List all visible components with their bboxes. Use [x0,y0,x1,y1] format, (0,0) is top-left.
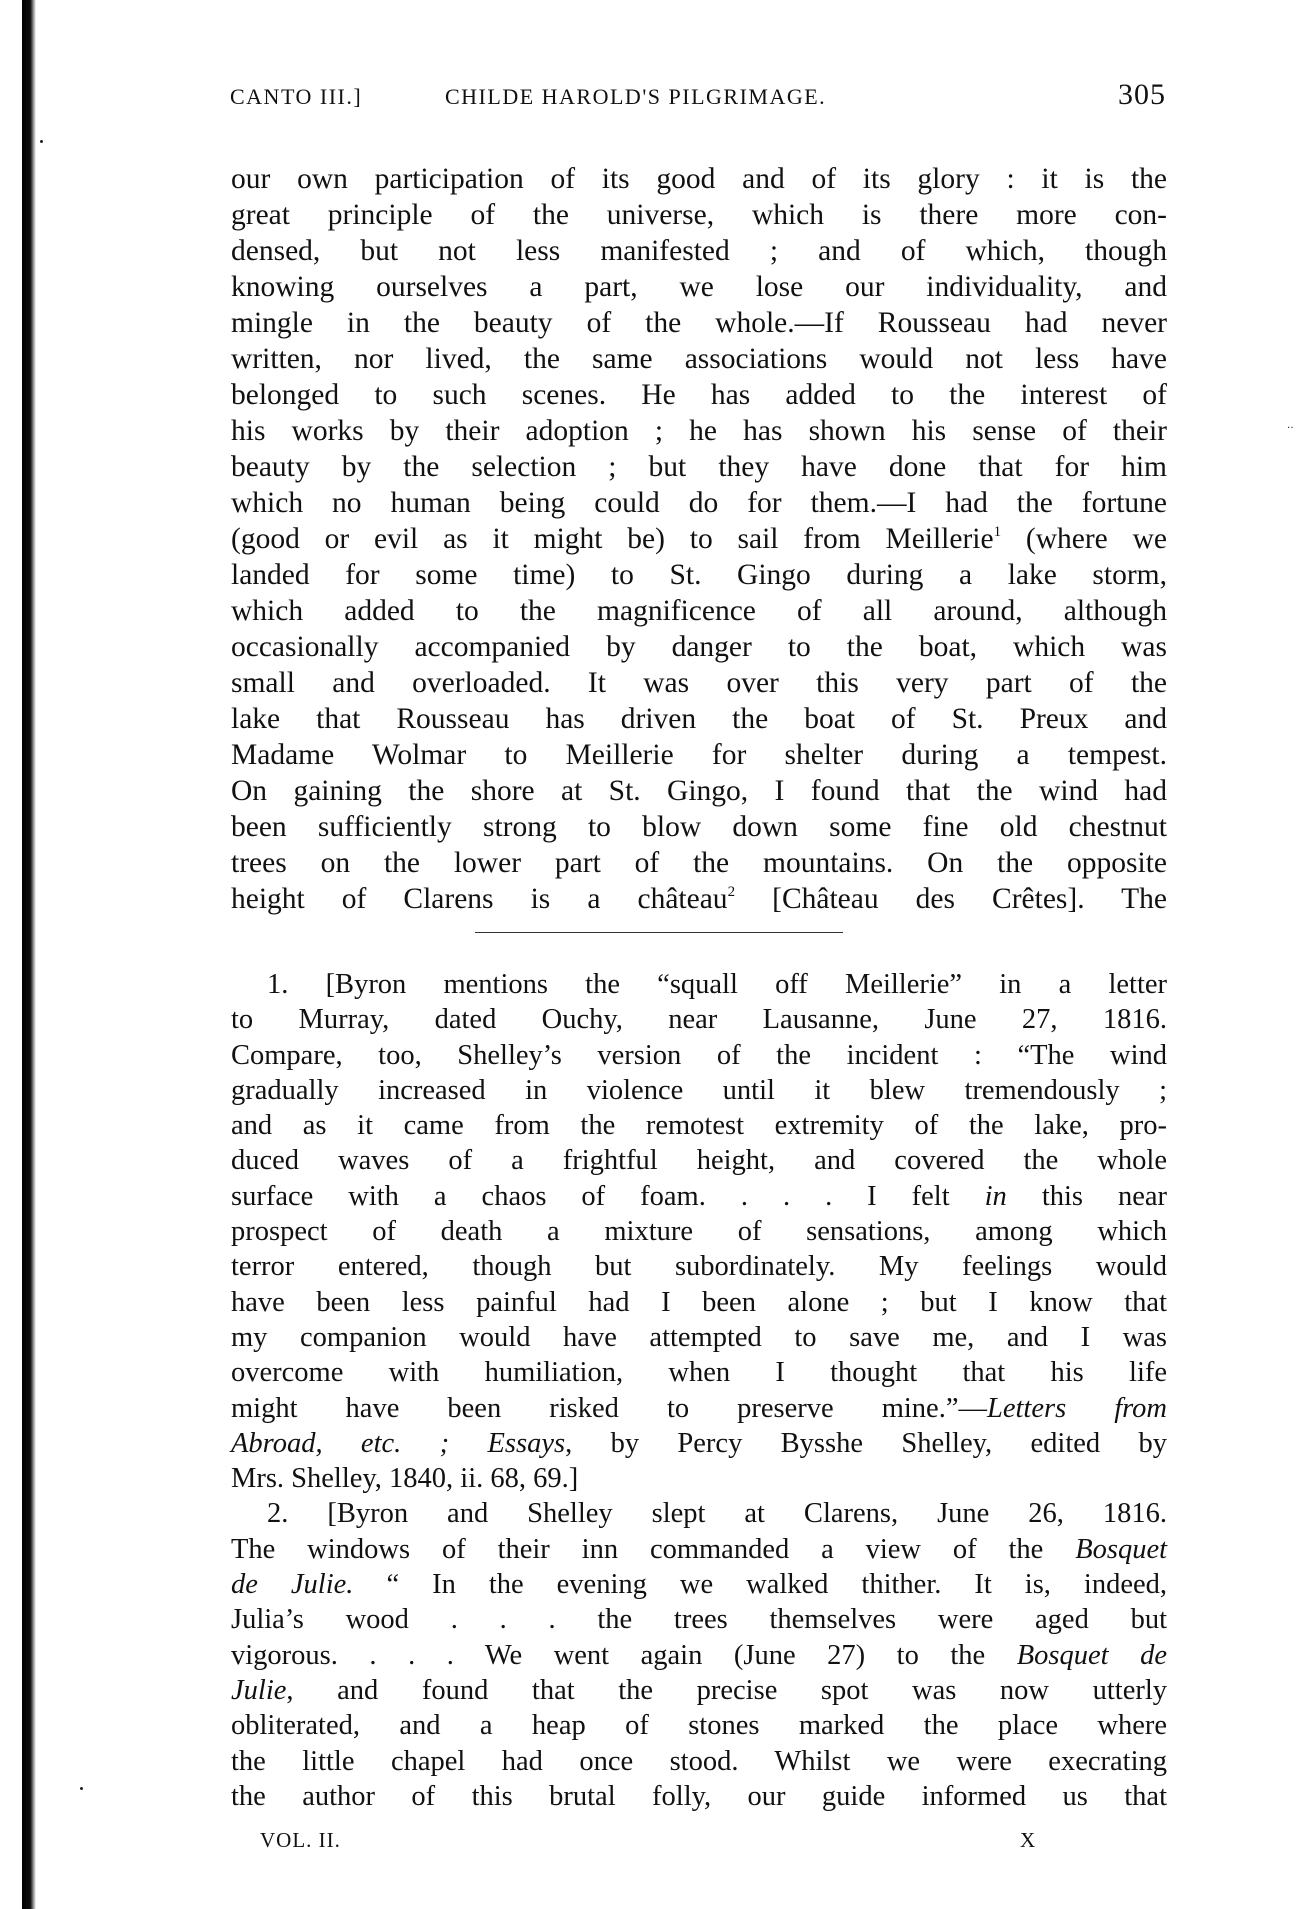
footnote-text: this near [1042,1181,1167,1212]
margin-mark: ‥ [1287,420,1294,431]
footnote-1-line: to Murray, dated Ouchy, near Lausanne, J… [231,1002,1167,1037]
footnote-italic-title: de Julie. [231,1569,353,1600]
footnote-text: surface with a chaos of foam. . . . I fe… [231,1181,950,1212]
footnote-1-line: duced waves of a frightful height, and c… [231,1143,1167,1178]
page-number: 305 [1118,78,1166,112]
volume-label: VOL. II. [260,1828,341,1853]
footnote-1-line: 1. [Byron mentions the “squall off Meill… [231,967,1167,1002]
body-line: great principle of the universe, which i… [231,197,1167,233]
footnote-1-line: overcome with humiliation, when I though… [231,1355,1167,1390]
footnote-number: 2. [267,1498,288,1529]
footnotes: 1. [Byron mentions the “squall off Meill… [231,967,1167,1814]
footnote-2-line: The windows of their inn commanded a vie… [231,1532,1167,1567]
book-binding-edge [22,0,36,1909]
footnote-italic: in [985,1181,1007,1212]
body-line: which added to the magnificence of all a… [231,593,1167,629]
body-text: our own participation of its good and of… [231,161,1167,917]
body-line: our own participation of its good and of… [231,161,1167,197]
footnote-text: “ In the evening we walked thither. It i… [386,1569,1167,1600]
body-line-text: (where we [1026,523,1167,555]
footnote-1-line: gradually increased in violence until it… [231,1073,1167,1108]
footnote-1-line: prospect of death a mixture of sensation… [231,1214,1167,1249]
footnote-number: 1. [267,969,288,1000]
footnote-1-line: Abroad, etc. ; Essays, by Percy Bysshe S… [231,1426,1167,1461]
footnote-italic-title: Bosquet de [1017,1640,1167,1671]
footnote-italic-title: Letters from [987,1393,1167,1424]
body-line: occasionally accompanied by danger to th… [231,629,1167,665]
body-line: densed, but not less manifested ; and of… [231,233,1167,269]
footnote-separator [475,932,843,933]
canto-label: CANTO III.] [230,84,362,110]
footnote-1-line: Compare, too, Shelley’s version of the i… [231,1038,1167,1073]
footnote-2-line: the little chapel had once stood. Whilst… [231,1744,1167,1779]
body-line: belonged to such scenes. He has added to… [231,377,1167,413]
body-line: been sufficiently strong to blow down so… [231,809,1167,845]
footnote-2-line: de Julie. “ In the evening we walked thi… [231,1567,1167,1602]
footnote-1-line: have been less painful had I been alone … [231,1285,1167,1320]
footnote-text: , and found that the precise spot was no… [286,1675,1167,1706]
body-line: small and overloaded. It was over this v… [231,665,1167,701]
footnote-1-line: might have been risked to preserve mine.… [231,1391,1167,1426]
scan-speck [80,1787,83,1790]
footnote-2-line: vigorous. . . . We went again (June 27) … [231,1638,1167,1673]
book-title: CHILDE HAROLD'S PILGRIMAGE. [445,84,826,110]
footnote-italic-title: Bosquet [1075,1534,1167,1565]
footnote-text: [Byron and Shelley slept at Clarens, Jun… [327,1498,1167,1529]
footnote-2-line: the author of this brutal folly, our gui… [231,1779,1167,1814]
body-line-text: (good or evil as it might be) to sail fr… [231,523,994,555]
signature-mark: X [1020,1828,1036,1853]
footnote-1-line: my companion would have attempted to sav… [231,1320,1167,1355]
footnote-1-line: terror entered, though but subordinately… [231,1249,1167,1284]
body-line-text: [Château des Crêtes]. The [772,883,1167,915]
body-line: which no human being could do for them.—… [231,485,1167,521]
footnote-2-line: 2. [Byron and Shelley slept at Clarens, … [231,1496,1167,1531]
body-line: his works by their adoption ; he has sho… [231,413,1167,449]
footnote-text: might have been risked to preserve mine.… [231,1393,987,1424]
footnote-1-line: Mrs. Shelley, 1840, ii. 68, 69.] [231,1461,1167,1496]
footnote-2-line: obliterated, and a heap of stones marked… [231,1708,1167,1743]
body-line: landed for some time) to St. Gingo durin… [231,557,1167,593]
footnote-italic-title: Julie [231,1675,286,1706]
body-line-text: height of Clarens is a château [231,883,728,915]
footnote-text: , by Percy Bysshe Shelley, edited by [565,1428,1167,1459]
footnote-2-line: Julie, and found that the precise spot w… [231,1673,1167,1708]
body-line: trees on the lower part of the mountains… [231,845,1167,881]
body-line: lake that Rousseau has driven the boat o… [231,701,1167,737]
running-head: CANTO III.] CHILDE HAROLD'S PILGRIMAGE. … [230,84,1170,116]
footnote-text: The windows of their inn commanded a vie… [231,1534,1043,1565]
body-line: height of Clarens is a château2 [Château… [231,881,1167,917]
footnote-1-line: surface with a chaos of foam. . . . I fe… [231,1179,1167,1214]
footnote-1-line: and as it came from the remotest extremi… [231,1108,1167,1143]
body-line: knowing ourselves a part, we lose our in… [231,269,1167,305]
footnote-text: vigorous. . . . We went again (June 27) … [231,1640,985,1671]
footnote-2-line: Julia’s wood . . . the trees themselves … [231,1602,1167,1637]
body-line: beauty by the selection ; but they have … [231,449,1167,485]
footnote-ref-2[interactable]: 2 [728,884,736,900]
body-line: written, nor lived, the same association… [231,341,1167,377]
scan-speck [40,140,43,143]
footnote-ref-1[interactable]: 1 [994,524,1002,540]
body-line: Madame Wolmar to Meillerie for shelter d… [231,737,1167,773]
footnote-text: [Byron mentions the “squall off Meilleri… [326,969,1167,1000]
body-line: On gaining the shore at St. Gingo, I fou… [231,773,1167,809]
body-line: (good or evil as it might be) to sail fr… [231,521,1167,557]
body-line: mingle in the beauty of the whole.—If Ro… [231,305,1167,341]
footnote-italic-title: Abroad, etc. ; Essays [231,1428,565,1459]
